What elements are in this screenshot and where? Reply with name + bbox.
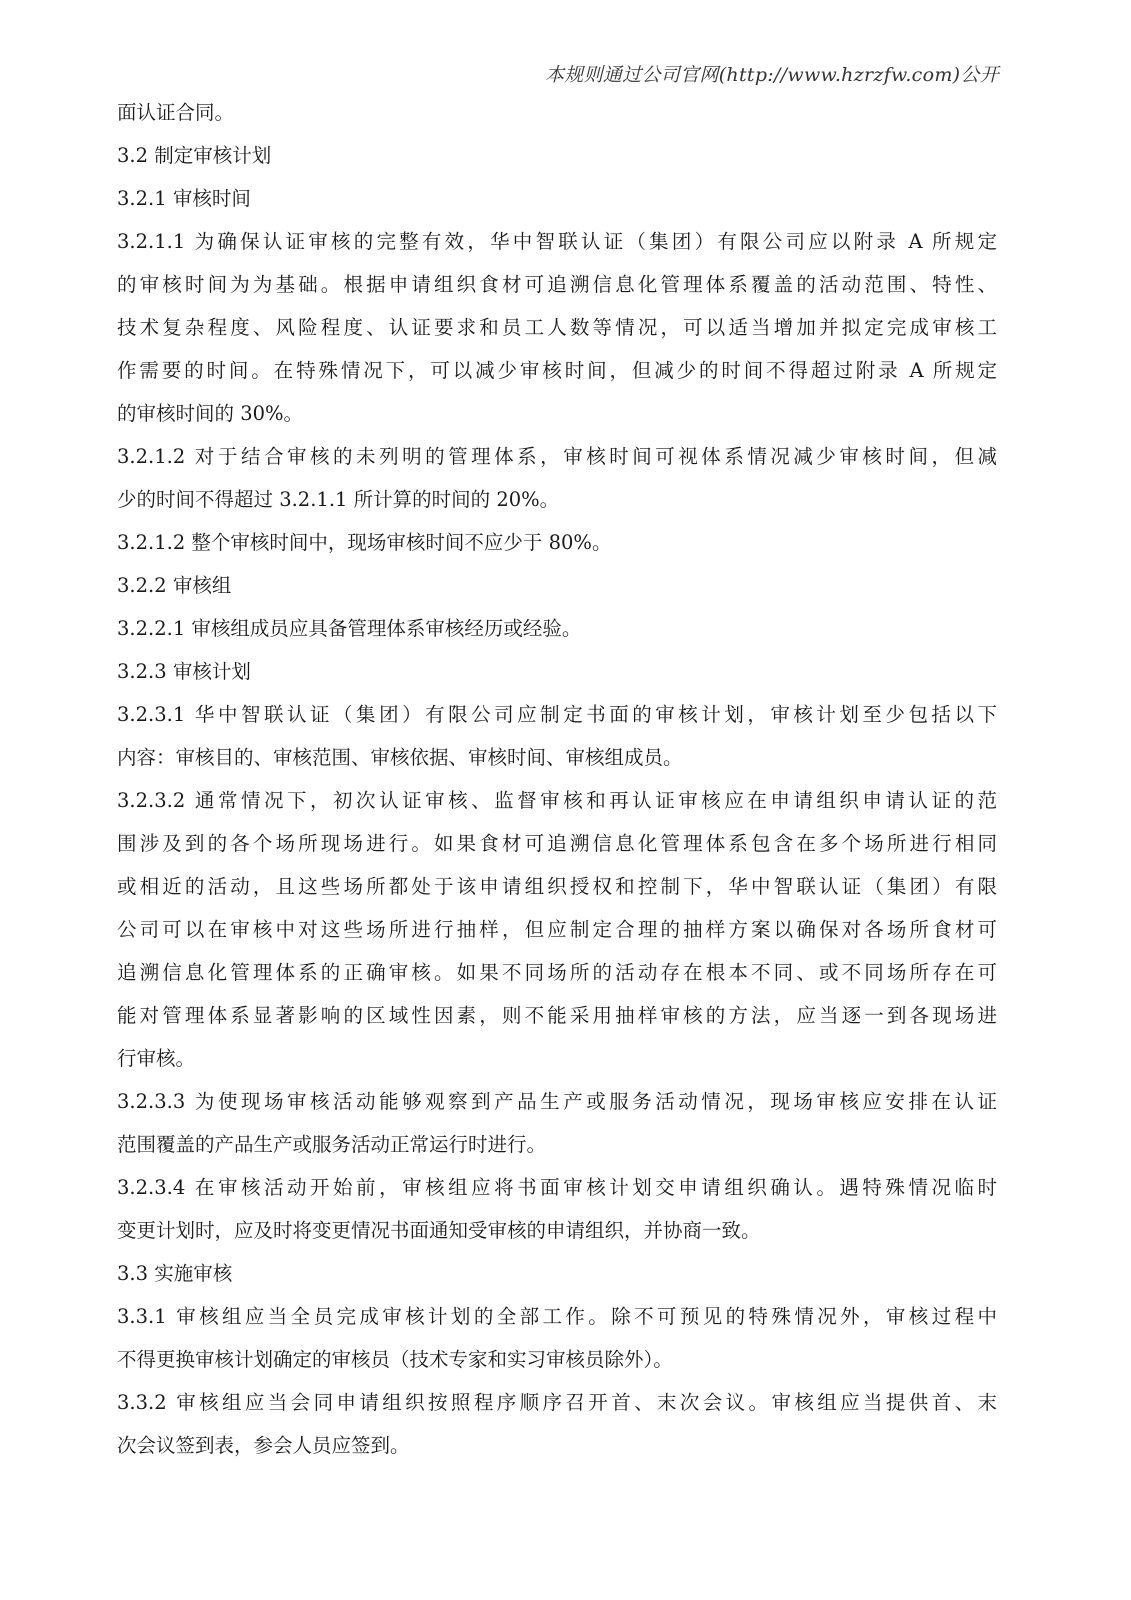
page-header-note: 本规则通过公司官网(http://www.hzrzfw.com)公开 xyxy=(545,60,999,87)
subsection-heading: 3.2.2 审核组 xyxy=(117,576,231,596)
text-line: 的审核时间的 30%。 xyxy=(117,404,303,424)
text-line: 面认证合同。 xyxy=(117,103,234,123)
text-line: 3.3.1 审核组应当全员完成审核计划的全部工作。除不可预见的特殊情况外，审核过… xyxy=(117,1307,997,1327)
section-heading: 3.2 制定审核计划 xyxy=(117,146,271,166)
text-line: 作需要的时间。在特殊情况下，可以减少审核时间，但减少的时间不得超过附录 A 所规… xyxy=(117,361,997,381)
text-line: 3.2.1.1 为确保认证审核的完整有效，华中智联认证（集团）有限公司应以附录 … xyxy=(117,232,997,252)
text-line: 3.2.2.1 审核组成员应具备管理体系审核经历或经验。 xyxy=(117,619,581,639)
section-heading: 3.3 实施审核 xyxy=(117,1264,232,1284)
text-line: 不得更换审核计划确定的审核员（技术专家和实习审核员除外）。 xyxy=(117,1350,673,1370)
text-line: 变更计划时，应及时将变更情况书面通知受审核的申请组织，并协商一致。 xyxy=(117,1221,761,1241)
text-line: 能对管理体系显著影响的区域性因素，则不能采用抽样审核的方法，应当逐一到各现场进 xyxy=(117,1006,997,1026)
text-line: 3.2.1.2 整个审核时间中，现场审核时间不应少于 80%。 xyxy=(117,533,611,553)
subsection-heading: 3.2.1 审核时间 xyxy=(117,189,251,209)
text-line: 3.3.2 审核组应当会同申请组织按照程序顺序召开首、末次会议。审核组应当提供首… xyxy=(117,1393,997,1413)
text-line: 的审核时间为为基础。根据申请组织食材可追溯信息化管理体系覆盖的活动范围、特性、 xyxy=(117,275,997,295)
text-line: 3.2.3.1 华中智联认证（集团）有限公司应制定书面的审核计划，审核计划至少包… xyxy=(117,705,997,725)
text-line: 行审核。 xyxy=(117,1049,195,1069)
text-line: 内容：审核目的、审核范围、审核依据、审核时间、审核组成员。 xyxy=(117,748,683,768)
text-line: 追溯信息化管理体系的正确审核。如果不同场所的活动存在根本不同、或不同场所存在可 xyxy=(117,963,997,983)
text-line: 围涉及到的各个场所现场进行。如果食材可追溯信息化管理体系包含在多个场所进行相同 xyxy=(117,834,997,854)
text-line: 少的时间不得超过 3.2.1.1 所计算的时间的 20%。 xyxy=(117,490,559,510)
text-line: 3.2.3.3 为使现场审核活动能够观察到产品生产或服务活动情况，现场审核应安排… xyxy=(117,1092,997,1112)
text-line: 公司可以在审核中对这些场所进行抽样，但应制定合理的抽样方案以确保对各场所食材可 xyxy=(117,920,997,940)
text-line: 次会议签到表，参会人员应签到。 xyxy=(117,1436,410,1456)
text-line: 技术复杂程度、风险程度、认证要求和员工人数等情况，可以适当增加并拟定完成审核工 xyxy=(117,318,997,338)
text-line: 3.2.3.2 通常情况下，初次认证审核、监督审核和再认证审核应在申请组织申请认… xyxy=(117,791,997,811)
text-line: 范围覆盖的产品生产或服务活动正常运行时进行。 xyxy=(117,1135,546,1155)
text-line: 3.2.1.2 对于结合审核的未列明的管理体系，审核时间可视体系情况减少审核时间… xyxy=(117,447,997,467)
text-line: 3.2.3.4 在审核活动开始前，审核组应将书面审核计划交申请组织确认。遇特殊情… xyxy=(117,1178,997,1198)
text-line: 或相近的活动，且这些场所都处于该申请组织授权和控制下，华中智联认证（集团）有限 xyxy=(117,877,997,897)
subsection-heading: 3.2.3 审核计划 xyxy=(117,662,251,682)
